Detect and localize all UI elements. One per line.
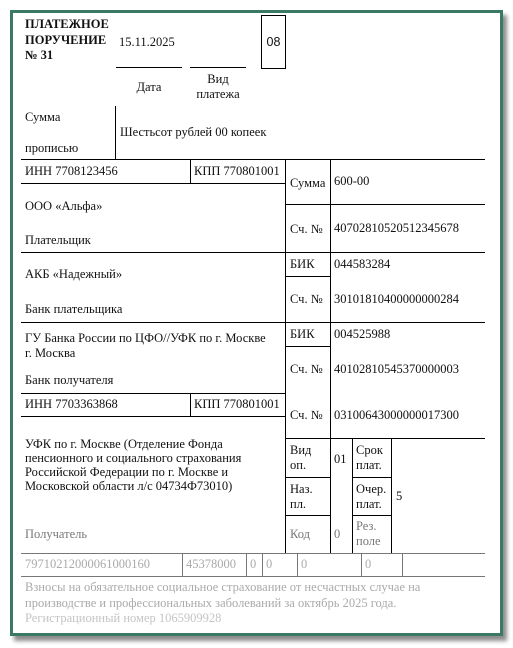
date-underline [116,67,182,68]
op-type-label-1: Вид [290,443,311,458]
payment-type-label-2: платежа [190,87,246,102]
payer-bank-account-label: Сч. № [290,292,323,307]
recipient-account-label: Сч. № [290,408,323,423]
recipient-name-line3: Российской Федерации по г. Москве и [25,465,228,480]
grid-line [285,159,286,553]
basis-value: 0 [250,557,256,572]
recipient-label: Получатель [25,527,87,542]
grid-line [21,553,485,554]
doc-number-value: 0 [301,557,307,572]
grid-line [352,438,353,553]
recipient-bank-label: Банк получателя [25,373,113,388]
grid-line [21,322,485,323]
reserve-label-2: поле [356,534,381,549]
recipient-kpp: КПП 770801001 [194,397,280,412]
payer-bank-bik: 044583284 [334,257,390,272]
grid-line [21,159,485,160]
purpose-code-label-2: пл. [290,497,306,512]
payer-name: ООО «Альфа» [25,199,102,214]
grid-line [285,438,485,439]
period-value: 0 [266,557,272,572]
doc-date: 15.11.2025 [119,35,175,50]
grid-line [402,553,403,576]
term-label-2: плат. [356,458,382,473]
recipient-name-line1: УФК по г. Москве (Отделение Фонда [25,437,223,452]
op-type-label-2: оп. [290,458,306,473]
recipient-bank-account-label: Сч. № [290,362,323,377]
grid-line [285,515,330,516]
payer-bank-label: Банк плательщика [25,302,122,317]
purpose-line3: Регистрационный номер 1065909928 [25,611,221,626]
grid-line [262,553,263,576]
recipient-bank-account: 40102810545370000003 [334,362,459,377]
grid-line [21,393,285,394]
amount-words-label-1: Сумма [25,110,60,125]
recipient-bank-bik-label: БИК [290,327,315,342]
doc-date-value: 0 [365,557,371,572]
grid-line [297,553,298,576]
amount-value: 600-00 [334,174,369,189]
grid-line [285,477,330,478]
amount-label: Сумма [290,176,325,191]
purpose-line1: Взносы на обязательное социальное страхо… [25,580,420,595]
grid-line [21,252,485,253]
grid-line [285,204,485,205]
grid-line [285,346,330,347]
payer-bank-name: АКБ «Надежный» [25,267,122,282]
amount-words-label-2: прописью [25,141,78,156]
doc-number: № 31 [25,48,53,63]
recipient-bank-name-line1: ГУ Банка России по ЦФО//УФК по г. Москве [25,331,266,346]
purpose-line2: производстве и профессиональных заболева… [25,596,396,611]
grid-line [330,159,331,553]
recipient-inn: ИНН 7703363868 [25,397,118,412]
priority-label-2: плат. [356,497,382,512]
recipient-name-line2: пенсионного и социального страхования [25,451,241,466]
payer-bank-bik-label: БИК [290,257,315,272]
code-label: Код [290,527,310,542]
purpose-code-label-1: Наз. [290,482,313,497]
code-value: 0 [334,527,340,542]
payer-account-label: Сч. № [290,222,323,237]
payer-inn: ИНН 7708123456 [25,164,118,179]
priority-value: 5 [396,489,402,504]
payer-bank-account: 30101810400000000284 [334,292,459,307]
doc-title-line2: ПОРУЧЕНИЕ [25,33,106,48]
op-type-value: 01 [334,452,347,467]
term-label-1: Срок [356,443,383,458]
payment-type-label-1: Вид [190,72,246,87]
oktmo-value: 45378000 [186,557,236,572]
grid-line [285,276,330,277]
grid-line [21,576,485,577]
date-label: Дата [116,80,182,95]
kbk-value: 79710212000061000160 [25,557,150,572]
grid-line [246,553,247,576]
recipient-account: 03100643000000017300 [334,408,459,423]
priority-label-1: Очер. [356,482,386,497]
recipient-name-line4: Московской области л/с 04734Ф73010) [25,479,232,494]
grid-line [361,553,362,576]
recipient-bank-bik: 004525988 [334,327,390,342]
grid-line [391,438,392,553]
payer-label: Плательщик [25,233,91,248]
grid-line [190,393,191,416]
reserve-label-1: Рез. [356,519,377,534]
payment-type-code: 08 [261,15,286,69]
amount-words-value: Шестьсот рублей 00 копеек [120,125,266,140]
grid-line [352,515,391,516]
grid-line [182,553,183,576]
doc-title-line1: ПЛАТЕЖНОЕ [25,17,109,32]
grid-line [21,183,285,184]
grid-line [190,159,191,183]
grid-line [21,416,285,417]
payer-kpp: КПП 770801001 [194,164,280,179]
recipient-bank-name-line2: г. Москва [25,346,75,361]
payment-type-underline [190,67,246,68]
payment-order-frame [10,10,503,636]
payer-account: 40702810520512345678 [334,221,459,236]
grid-line [352,477,391,478]
amount-words-divider [115,106,116,159]
